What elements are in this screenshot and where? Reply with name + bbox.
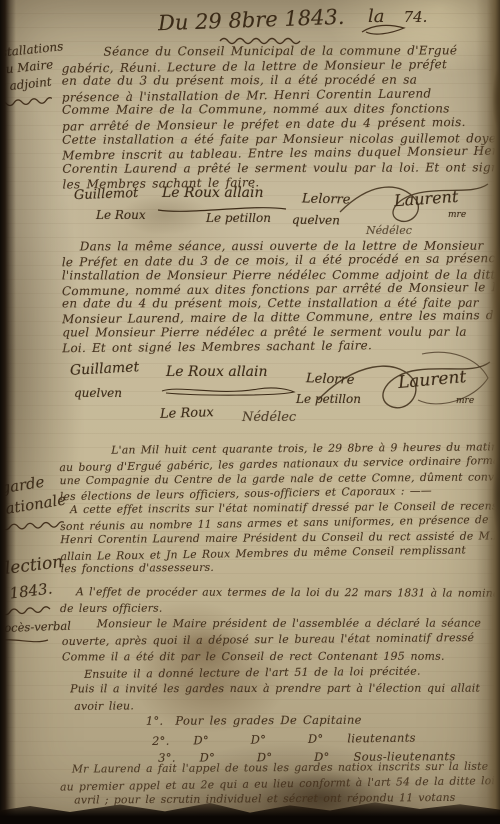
- binding-edge: [0, 0, 16, 824]
- manuscript-page: Du 29 8bre 1843. la 74. Installations Du…: [0, 0, 500, 824]
- paragraph-proces-verbal: Monsieur le Maire président de l'assembl…: [62, 615, 482, 715]
- folio-flourish: [360, 22, 408, 36]
- signature-guillamet: Guillamet: [70, 359, 140, 379]
- paragraph-garde-nationale: L'an Mil huit cent quarante trois, le 29…: [59, 439, 500, 578]
- paragraph-installation-adjoint: Dans la même séance, aussi ouverte de la…: [62, 238, 500, 355]
- signature-le-roux-allain: Le Roux allain: [166, 364, 268, 380]
- signature-le-roux-allain: Le Roux allain: [162, 185, 264, 201]
- signature-le-roux: Le Roux: [96, 208, 146, 222]
- signature-nedelec: Nédélec: [366, 224, 412, 237]
- signature-le-roux: Le Roux: [160, 405, 214, 422]
- date-heading: Du 29 8bre 1843.: [158, 5, 345, 35]
- text-line: A l'effet de procéder aux termes de la l…: [76, 584, 500, 601]
- text-line: ouverte, après quoi il a déposé sur le b…: [62, 630, 481, 650]
- signature-block-adjoint: Guillamet Le Roux allain Lelorre quelven…: [60, 356, 496, 432]
- signature-underline-flourish: [158, 384, 298, 396]
- text-line: les fonctions d'assesseurs.: [61, 558, 500, 577]
- paragraph-appel: Mr Laurend a fait l'appel de tous les ga…: [60, 758, 500, 810]
- signature-pen-flourish: [332, 172, 492, 232]
- signature-quelven: quelven: [74, 386, 122, 400]
- signature-nedelec: Nédélec: [242, 410, 296, 425]
- signature-pen-flourish: [310, 348, 495, 420]
- paragraph-installation-maire: Séance du Conseil Municipal de la commun…: [61, 42, 500, 191]
- text-line: avril ; pour le scrutin individuel et sé…: [74, 790, 500, 809]
- signature-le-petillon: Le petillon: [206, 211, 271, 225]
- grade-item: 1°. Pour les grades De Capitaine: [146, 710, 455, 730]
- text-line: de leurs officiers.: [60, 599, 500, 616]
- margin-note-line: 1843.: [8, 575, 68, 607]
- paragraph-election: A l'effet de procéder aux termes de la l…: [60, 585, 500, 615]
- signature-guillemot: Guillemot: [74, 186, 139, 203]
- signature-block-maire: Guillemot Le Roux allain Lelorre Le Roux…: [60, 184, 496, 240]
- torn-right-edge: [476, 0, 500, 824]
